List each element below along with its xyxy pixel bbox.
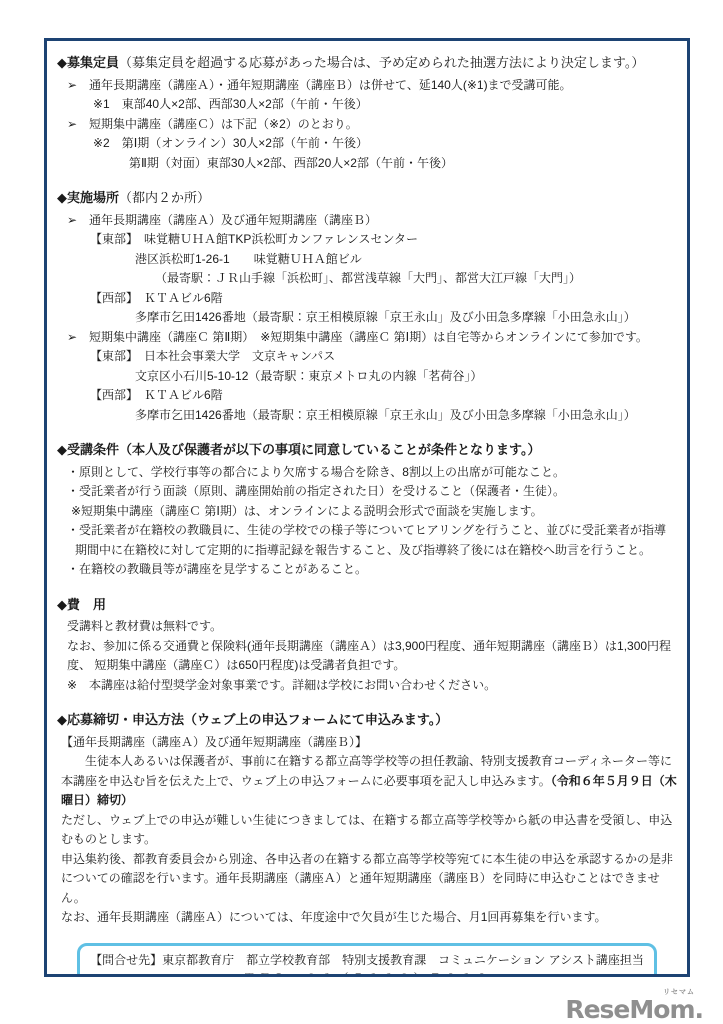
conditions-item: ・在籍校の教職員等が講座を見学することがあること。 (57, 560, 677, 580)
conditions-item: ・受託業者が行う面談（原則、講座開始前の指定された日）を受けること（保護者・生徒… (57, 482, 677, 502)
conditions-item: ・原則として、学校行事等の都合により欠席する場合を除き、8割以上の出席が可能なこ… (57, 463, 677, 483)
section-venue: ◆実施場所（都内２か所） ➢ 通年長期講座（講座Ａ）及び通年短期講座（講座Ｂ） … (57, 188, 677, 425)
section-capacity-title: ◆募集定員 (57, 55, 119, 70)
venue-line: 多摩市乞田1426番地（最寄駅：京王相模原線「京王永山」及び小田急多摩線「小田急… (57, 308, 677, 328)
section-apply: ◆応募締切・申込方法（ウェブ上の申込フォームにて申込みます。） 【通年長期講座（… (57, 710, 677, 928)
apply-paragraph-2: ただし、ウェブ上での申込が難しい生徒につきましては、在籍する都立高等学校等から紙… (57, 811, 677, 850)
apply-paragraph-4: なお、通年長期講座（講座Ａ）については、年度途中で欠員が生じた場合、月1回再募集… (57, 908, 677, 928)
apply-paragraph-1: 生徒本人あるいは保護者が、事前に在籍する都立高等学校等の担任教諭、特別支援教育コ… (57, 752, 677, 811)
section-venue-note: （都内２か所） (119, 190, 210, 205)
venue-line: ➢ 短期集中講座（講座Ｃ 第Ⅱ期） ※短期集中講座（講座Ｃ 第Ⅰ期）は自宅等から… (57, 328, 677, 348)
section-apply-title: ◆応募締切・申込方法（ウェブ上の申込フォームにて申込みます。） (57, 712, 448, 727)
conditions-item: ・受託業者が在籍校の教職員に、生徒の学校での様子等についてヒアリングを行うこと、… (57, 521, 677, 560)
capacity-line: ➢ 短期集中講座（講座Ｃ）は下記（※2）のとおり。 (57, 115, 677, 135)
resemom-logo-text: ReseMom. (565, 995, 703, 1024)
capacity-line: 第Ⅱ期（対面）東部30人×2部、西部20人×2部（午前・午後） (57, 154, 677, 174)
section-conditions-heading: ◆受講条件（本人及び保護者が以下の事項に同意していることが条件となります。） (57, 440, 677, 460)
venue-line: ➢ 通年長期講座（講座Ａ）及び通年短期講座（講座Ｂ） (57, 211, 677, 231)
section-capacity-heading: ◆募集定員（募集定員を超過する応募があった場合は、予め定められた抽選方法により決… (57, 53, 677, 73)
fees-note: ※ 本講座は給付型奨学金対象事業です。詳細は学校にお問い合わせください。 (57, 676, 677, 696)
venue-line: 【東部】 味覚糖ＵＨＡ館TKP浜松町カンファレンスセンター (57, 230, 677, 250)
apply-paragraph-3: 申込集約後、都教育委員会から別途、各申込者の在籍する都立高等学校等宛てに本生徒の… (57, 850, 677, 909)
capacity-line: ➢ 通年長期講座（講座Ａ）・通年短期講座（講座Ｂ）は併せて、延140人(※1)ま… (57, 76, 677, 96)
venue-line: 多摩市乞田1426番地（最寄駅：京王相模原線「京王永山」及び小田急多摩線「小田急… (57, 406, 677, 426)
fees-line: なお、参加に係る交通費と保険料(通年長期講座（講座Ａ）は3,900円程度、通年短… (57, 637, 677, 676)
venue-line: 港区浜松町1-26-1 味覚糖ＵＨＡ館ビル (57, 250, 677, 270)
venue-line: （最寄駅：ＪＲ山手線「浜松町」、都営浅草線「大門」、都営大江戸線「大門」） (57, 269, 677, 289)
section-apply-heading: ◆応募締切・申込方法（ウェブ上の申込フォームにて申込みます。） (57, 710, 677, 730)
contact-phone: ＴＥＬ：０３（５３２０）７８３８ (90, 970, 644, 977)
section-venue-title: ◆実施場所 (57, 190, 119, 205)
capacity-line: ※2 第Ⅰ期（オンライン）30人×2部（午前・午後） (57, 134, 677, 154)
section-conditions-title: ◆受講条件（本人及び保護者が以下の事項に同意していることが条件となります。） (57, 442, 540, 457)
venue-line: 【西部】 ＫＴＡビル6階 (57, 289, 677, 309)
section-conditions: ◆受講条件（本人及び保護者が以下の事項に同意していることが条件となります。） ・… (57, 440, 677, 580)
venue-line: 文京区小石川5-10-12（最寄駅：東京メトロ丸の内線「茗荷谷」） (57, 367, 677, 387)
section-capacity: ◆募集定員（募集定員を超過する応募があった場合は、予め定められた抽選方法により決… (57, 53, 677, 173)
contact-box: 【問合せ先】東京都教育庁 都立学校教育部 特別支援教育課 コミュニケーション ア… (77, 943, 657, 978)
section-fees-title: ◆費 用 (57, 597, 106, 612)
section-venue-heading: ◆実施場所（都内２か所） (57, 188, 677, 208)
fees-line: 受講料と教材費は無料です。 (57, 617, 677, 637)
section-fees-heading: ◆費 用 (57, 595, 677, 615)
venue-line: 【西部】 ＫＴＡビル6階 (57, 386, 677, 406)
conditions-note: ※短期集中講座（講座Ｃ 第Ⅰ期）は、オンラインによる説明会形式で面談を実施します… (57, 502, 677, 522)
apply-course-bracket: 【通年長期講座（講座Ａ）及び通年短期講座（講座Ｂ）】 (57, 733, 677, 753)
venue-line: 【東部】 日本社会事業大学 文京キャンパス (57, 347, 677, 367)
section-fees: ◆費 用 受講料と教材費は無料です。 なお、参加に係る交通費と保険料(通年長期講… (57, 595, 677, 696)
section-capacity-note: （募集定員を超過する応募があった場合は、予め定められた抽選方法により決定します。… (119, 55, 644, 70)
resemom-logo: リセマム ReseMom. (565, 989, 703, 1022)
document-frame: ◆募集定員（募集定員を超過する応募があった場合は、予め定められた抽選方法により決… (44, 38, 690, 977)
contact-address: 【問合せ先】東京都教育庁 都立学校教育部 特別支援教育課 コミュニケーション ア… (90, 951, 644, 971)
capacity-line: ※1 東部40人×2部、西部30人×2部（午前・午後） (57, 95, 677, 115)
